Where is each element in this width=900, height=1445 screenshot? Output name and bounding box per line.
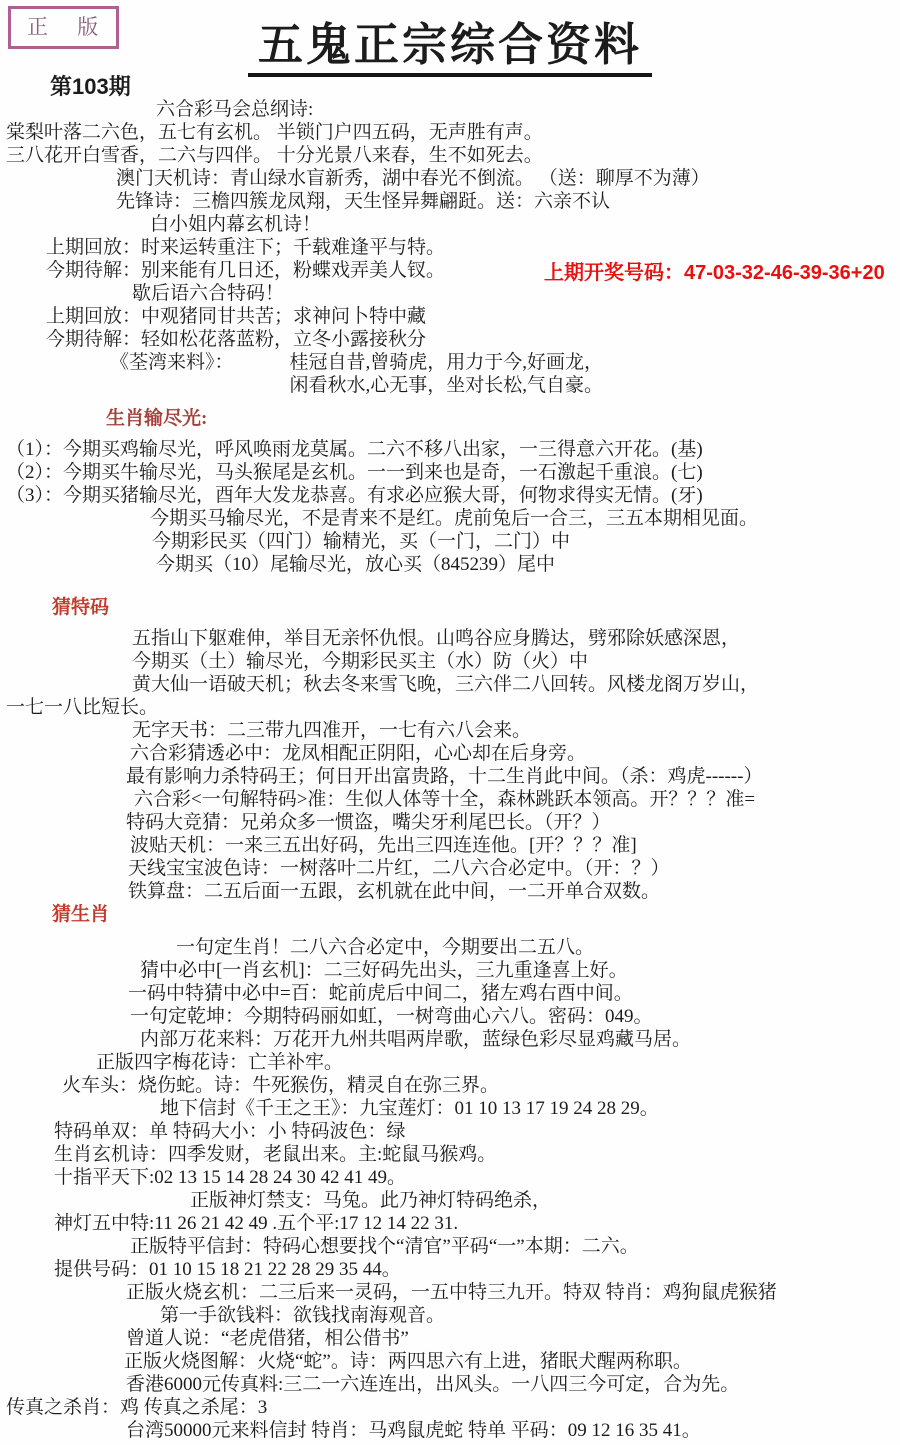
page-title: 五鬼正宗综合资料	[248, 20, 652, 77]
line-text: 特码大竞猜：兄弟众多一惯盗，嘴尖牙利尾巴长。（开？）	[126, 812, 611, 833]
text-line: 三八花开白雪香，二六与四伴。 十分光景八来春，生不如死去。	[4, 144, 896, 167]
text-line: 正版火烧玄机：二三后来一灵码，一五中特三九开。特双 特肖：鸡狗鼠虎猴猪	[4, 1281, 896, 1304]
text-line: 曾道人说：“老虎借猪，相公借书”	[4, 1327, 896, 1350]
line-text: 特码单双：单 特码大小：小 特码波色：绿	[54, 1121, 406, 1142]
title-wrap: 五鬼正宗综合资料	[0, 0, 900, 77]
text-line: 一七一八比短长。	[4, 696, 896, 719]
text-line: 一句定生肖！二八六合必定中，今期要出二五八。	[4, 936, 896, 959]
line-text: 正版火烧玄机：二三后来一灵码，一五中特三九开。特双 特肖：鸡狗鼠虎猴猪	[126, 1282, 777, 1303]
authenticity-badge: 正 版	[8, 6, 119, 49]
line-text: 一码中特猜中必中=百：蛇前虎后中间二，猪左鸡右酉中间。	[128, 983, 633, 1004]
text-line: 天线宝宝波色诗：一树落叶二片红，二八六合必定中。（开：？）	[4, 857, 896, 880]
text-line: 正版火烧图解：火烧“蛇”。诗：两四思六有上进，猪眠犬醒两称职。	[4, 1350, 896, 1373]
text-line: 澳门天机诗：青山绿水盲新秀，湖中春光不倒流。 （送：聊厚不为薄）	[4, 167, 896, 190]
line-text: 六合彩马会总纲诗:	[156, 99, 313, 120]
text-line: 第一手欲钱料：欲钱找南海观音。	[4, 1304, 896, 1327]
text-line: 白小姐内幕玄机诗！	[4, 213, 896, 236]
text-line: 一码中特猜中必中=百：蛇前虎后中间二，猪左鸡右酉中间。	[4, 982, 896, 1005]
content-lines: 六合彩马会总纲诗:棠梨叶落二六色，五七有玄机。 半锁门户四五码，无声胜有声。三八…	[0, 94, 900, 1442]
poem-line: 闲看秋水,心无事，坐对长松,气自豪。	[290, 374, 604, 397]
line-text: 波贴天机：一来三五出好码，先出三四连连他。[开？？？准]	[130, 835, 637, 856]
text-line: 铁算盘：二五后面一五跟，玄机就在此中间，一二开单合双数。	[4, 880, 896, 903]
text-line: 黄大仙一语破天机；秋去冬来雪飞晚，三六伴二八回转。风楼龙阁万岁山，	[4, 673, 896, 696]
text-line: 今期买（土）输尽光，今期彩民买主（水）防（火）中	[4, 650, 896, 673]
line-text: 六合彩猜透必中：龙凤相配正阴阳，心心却在后身旁。	[130, 743, 586, 764]
text-line: 十指平天下:02 13 15 14 28 24 30 42 41 49。	[4, 1166, 896, 1189]
text-line: 六合彩<一句解特码>准：生似人体等十全，森林跳跃本领高。开？？？准=	[4, 788, 896, 811]
line-text: 一七一八比短长。	[6, 697, 158, 718]
text-line: 无字天书：二三带九四准开，一七有六八会来。	[4, 719, 896, 742]
text-line: 正版特平信封：特码心想要找个“清官”平码“一”本期：二六。	[4, 1235, 896, 1258]
text-line: 特码单双：单 特码大小：小 特码波色：绿	[4, 1120, 896, 1143]
line-text: 传真之杀肖：鸡 传真之杀尾：3	[6, 1397, 267, 1418]
text-line: 今期买（10）尾输尽光，放心买（845239）尾中	[4, 553, 896, 576]
line-text: 正版特平信封：特码心想要找个“清官”平码“一”本期：二六。	[130, 1236, 639, 1257]
text-line: （3）：今期买猪输尽光，酉年大发龙恭喜。有求必应猴大哥，何物求得实无情。(牙)	[4, 484, 896, 507]
text-line: 先锋诗：三檐四簇龙凤翔，天生怪异舞翩跹。送：六亲不认	[4, 190, 896, 213]
text-line: 生肖玄机诗：四季发财，老鼠出来。主:蛇鼠马猴鸡。	[4, 1143, 896, 1166]
line-text: 今期待解：轻如松花落蓝粉，立冬小露接秋分	[46, 329, 426, 350]
text-line: （2）：今期买牛输尽光，马头猴尾是玄机。一一到来也是奇，一石激起千重浪。(七)	[4, 461, 896, 484]
line-text: 澳门天机诗：青山绿水盲新秀，湖中春光不倒流。 （送：聊厚不为薄）	[116, 168, 710, 189]
text-line: 特码大竞猜：兄弟众多一惯盗，嘴尖牙利尾巴长。（开？）	[4, 811, 896, 834]
line-text: 棠梨叶落二六色，五七有玄机。 半锁门户四五码，无声胜有声。	[6, 122, 543, 143]
line-text: 先锋诗：三檐四簇龙凤翔，天生怪异舞翩跹。送：六亲不认	[116, 191, 610, 212]
line-text: 一句定乾坤：今期特码丽如虹，一树弯曲心六八。密码：049。	[130, 1006, 653, 1027]
line-text: 六合彩<一句解特码>准：生似人体等十全，森林跳跃本领高。开？？？准=	[134, 789, 755, 810]
line-text: 生肖玄机诗：四季发财，老鼠出来。主:蛇鼠马猴鸡。	[54, 1144, 496, 1165]
line-text: 提供号码：01 10 15 18 21 22 28 29 35 44。	[54, 1259, 401, 1280]
line-text: 地下信封《千王之王》：九宝莲灯：01 10 13 17 19 24 28 29。	[160, 1098, 659, 1119]
poem-line: 桂冠自昔,曾骑虎，用力于今,好画龙，	[290, 351, 604, 374]
line-text: 台湾50000元来料信封 特肖：马鸡鼠虎蛇 特单 平码：09 12 16 35 …	[126, 1420, 701, 1441]
line-text: 上期回放：中观猪同甘共苦；求神问卜特中藏	[46, 306, 426, 327]
text-line: 五指山下躯难伸，举目无亲怀仇恨。山鸣谷应身腾达，劈邪除妖感深恩，	[4, 627, 896, 650]
line-text: 猜生肖	[52, 904, 109, 925]
quanwan-block: 《荃湾来料》：桂冠自昔,曾骑虎，用力于今,好画龙，闲看秋水,心无事，坐对长松,气…	[4, 351, 896, 397]
line-text: 五指山下躯难伸，举目无亲怀仇恨。山鸣谷应身腾达，劈邪除妖感深恩，	[132, 628, 740, 649]
text-line: 台湾50000元来料信封 特肖：马鸡鼠虎蛇 特单 平码：09 12 16 35 …	[4, 1419, 896, 1442]
line-text: 香港6000元传真料:三二一六连连出，出风头。一八四三今可定，合为先。	[126, 1374, 739, 1395]
line-text: 正版神灯禁支：马兔。此乃神灯特码绝杀，	[190, 1190, 551, 1211]
line-text: 无字天书：二三带九四准开，一七有六八会来。	[132, 720, 531, 741]
line-text: 今期彩民买（四门）输精光，买（一门，二门）中	[152, 531, 570, 552]
text-line: 六合彩猜透必中：龙凤相配正阴阳，心心却在后身旁。	[4, 742, 896, 765]
text-line: 今期彩民买（四门）输精光，买（一门，二门）中	[4, 530, 896, 553]
line-text: （2）：今期买牛输尽光，马头猴尾是玄机。一一到来也是奇，一石激起千重浪。(七)	[6, 462, 703, 483]
text-line: 最有影响力杀特码王；何日开出富贵路，十二生肖此中间。（杀：鸡虎------）	[4, 765, 896, 788]
text-line: 今期待解：轻如松花落蓝粉，立冬小露接秋分	[4, 328, 896, 351]
line-text: （1）：今期买鸡输尽光，呼风唤雨龙莫属。二六不移八出家，一三得意六开花。(基)	[6, 439, 703, 460]
line-text: 铁算盘：二五后面一五跟，玄机就在此中间，一二开单合双数。	[128, 881, 660, 902]
line-text: 今期买（10）尾输尽光，放心买（845239）尾中	[156, 554, 555, 575]
line-text: 曾道人说：“老虎借猪，相公借书”	[126, 1328, 409, 1349]
line-text: 今期买（土）输尽光，今期彩民买主（水）防（火）中	[132, 651, 588, 672]
text-line: 歇后语六合特码！	[4, 282, 896, 305]
text-line: 今期买马输尽光，不是青来不是红。虎前兔后一合三，三五本期相见面。	[4, 507, 896, 530]
text-line: 提供号码：01 10 15 18 21 22 28 29 35 44。	[4, 1258, 896, 1281]
issue-number: 第103期	[50, 70, 131, 101]
text-line: 正版神灯禁支：马兔。此乃神灯特码绝杀，	[4, 1189, 896, 1212]
line-text: 正版四字梅花诗：亡羊补牢。	[96, 1052, 343, 1073]
text-line: 内部万花来料：万花开九州共唱两岸歌，蓝绿色彩尽显鸡藏马居。	[4, 1028, 896, 1051]
line-text: 最有影响力杀特码王；何日开出富贵路，十二生肖此中间。（杀：鸡虎------）	[126, 766, 762, 787]
line-text: 白小姐内幕玄机诗！	[150, 214, 321, 235]
line-text: 黄大仙一语破天机；秋去冬来雪飞晚，三六伴二八回转。风楼龙阁万岁山，	[132, 674, 759, 695]
text-line: 猜中必中[一肖玄机]：二三好码先出头，三九重逢喜上好。	[4, 959, 896, 982]
line-text: 上期回放：时来运转重注下；千载难逢平与特。	[46, 237, 445, 258]
line-label: 《荃湾来料》：	[110, 351, 234, 374]
text-line: 上期回放：中观猪同甘共苦；求神问卜特中藏	[4, 305, 896, 328]
line-text: 一句定生肖！二八六合必定中，今期要出二五八。	[176, 937, 594, 958]
line-text: 正版火烧图解：火烧“蛇”。诗：两四思六有上进，猪眠犬醒两称职。	[124, 1351, 692, 1372]
text-line: 棠梨叶落二六色，五七有玄机。 半锁门户四五码，无声胜有声。	[4, 121, 896, 144]
text-line: 神灯五中特:11 26 21 42 49 .五个平:17 12 14 22 31…	[4, 1212, 896, 1235]
text-line: （1）：今期买鸡输尽光，呼风唤雨龙莫属。二六不移八出家，一三得意六开花。(基)	[4, 438, 896, 461]
line-text: 天线宝宝波色诗：一树落叶二片红，二八六合必定中。（开：？）	[128, 858, 670, 879]
line-text: 今期买马输尽光，不是青来不是红。虎前兔后一合三，三五本期相见面。	[150, 508, 758, 529]
line-body: 桂冠自昔,曾骑虎，用力于今,好画龙，闲看秋水,心无事，坐对长松,气自豪。	[290, 351, 604, 397]
line-text: 内部万花来料：万花开九州共唱两岸歌，蓝绿色彩尽显鸡藏马居。	[140, 1029, 691, 1050]
line-text: 神灯五中特:11 26 21 42 49 .五个平:17 12 14 22 31…	[54, 1213, 458, 1234]
line-text: 第一手欲钱料：欲钱找南海观音。	[160, 1305, 445, 1326]
line-text: 生肖输尽光:	[106, 408, 207, 429]
text-line: 正版四字梅花诗：亡羊补牢。	[4, 1051, 896, 1074]
document-header: 正 版 五鬼正宗综合资料 第103期	[0, 0, 900, 94]
line-text: 今期待解：别来能有几日还，粉蝶戏弄美人钗。	[46, 260, 445, 281]
text-line: 香港6000元传真料:三二一六连连出，出风头。一八四三今可定，合为先。	[4, 1373, 896, 1396]
text-line: 波贴天机：一来三五出好码，先出三四连连他。[开？？？准]	[4, 834, 896, 857]
text-line: 一句定乾坤：今期特码丽如虹，一树弯曲心六八。密码：049。	[4, 1005, 896, 1028]
section-header-cai-shengxiao: 猜生肖	[4, 903, 896, 926]
line-with-last-draw: 今期待解：别来能有几日还，粉蝶戏弄美人钗。上期开奖号码：47-03-32-46-…	[4, 259, 896, 282]
line-text: （3）：今期买猪输尽光，酉年大发龙恭喜。有求必应猴大哥，何物求得实无情。(牙)	[6, 485, 703, 506]
line-text: 十指平天下:02 13 15 14 28 24 30 42 41 49。	[54, 1167, 406, 1188]
text-line: 传真之杀肖：鸡 传真之杀尾：3	[4, 1396, 896, 1419]
line-text: 歇后语六合特码！	[132, 283, 284, 304]
text-line: 上期回放：时来运转重注下；千载难逢平与特。	[4, 236, 896, 259]
document-page: 正 版 五鬼正宗综合资料 第103期 六合彩马会总纲诗:棠梨叶落二六色，五七有玄…	[0, 0, 900, 1445]
line-text: 三八花开白雪香，二六与四伴。 十分光景八来春，生不如死去。	[6, 145, 543, 166]
section-header-shengxiao-shujinguang: 生肖输尽光:	[4, 407, 896, 430]
text-line: 地下信封《千王之王》：九宝莲灯：01 10 13 17 19 24 28 29。	[4, 1097, 896, 1120]
line-text: 猜中必中[一肖玄机]：二三好码先出头，三九重逢喜上好。	[140, 960, 628, 981]
line-text: 火车头：烧伤蛇。诗：牛死猴伤，精灵自在弥三界。	[62, 1075, 499, 1096]
section-header-cai-tema: 猜特码	[4, 596, 896, 619]
line-zonggang-header: 六合彩马会总纲诗:	[4, 98, 896, 121]
line-text: 猜特码	[52, 597, 109, 618]
text-line: 火车头：烧伤蛇。诗：牛死猴伤，精灵自在弥三界。	[4, 1074, 896, 1097]
